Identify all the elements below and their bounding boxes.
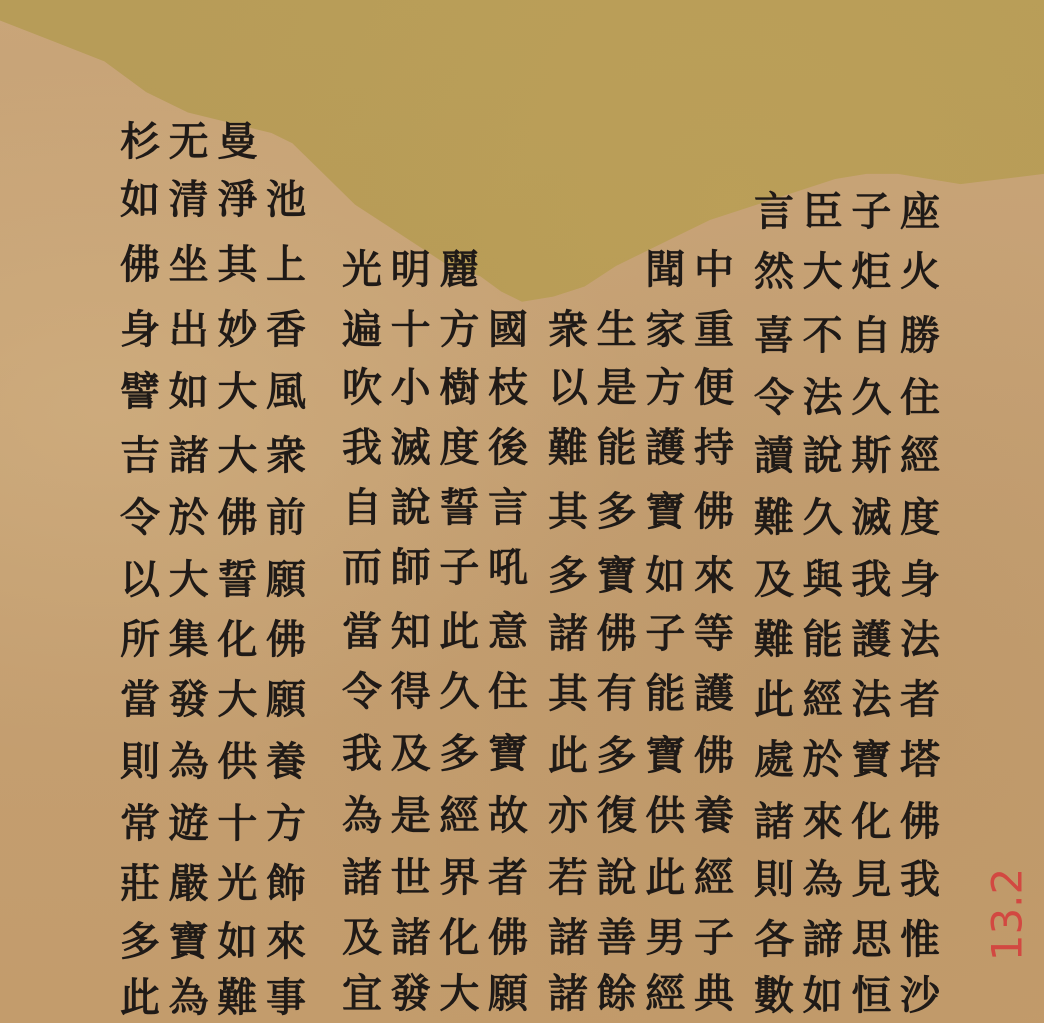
character: 清	[167, 180, 211, 220]
character: 經	[801, 680, 845, 720]
text-row: 佛坐其上	[118, 245, 308, 285]
character: 經	[643, 974, 687, 1014]
character: 多	[595, 736, 639, 776]
character: 衆	[546, 310, 590, 350]
character: 言	[486, 488, 530, 528]
character: 如	[167, 372, 211, 412]
character: 化	[437, 918, 481, 958]
text-row: 各諦思惟	[752, 920, 942, 960]
character: 則	[752, 860, 796, 900]
character: 便	[692, 368, 736, 408]
character: 譬	[118, 372, 162, 412]
character: 諸	[340, 858, 384, 898]
character: 數	[752, 976, 796, 1016]
character: 護	[849, 620, 893, 660]
character: 大	[215, 372, 259, 412]
character: 佛	[898, 802, 942, 842]
character: 為	[167, 978, 211, 1018]
character: 復	[595, 796, 639, 836]
text-row: 自說誓言	[340, 488, 530, 528]
character: 前	[264, 498, 308, 538]
character: 若	[546, 858, 590, 898]
character: 令	[752, 378, 796, 418]
character: 佛	[118, 245, 162, 285]
character: 及	[340, 918, 384, 958]
character: 化	[849, 802, 893, 842]
character	[264, 122, 308, 162]
text-row: 為是經故	[340, 796, 530, 836]
character: 發	[389, 974, 433, 1014]
character: 其	[546, 492, 590, 532]
character: 是	[595, 368, 639, 408]
text-row: 多寶如來	[118, 922, 308, 962]
text-row: 則為供養	[118, 742, 308, 782]
character: 塔	[898, 740, 942, 780]
character: 風	[264, 372, 308, 412]
character: 无	[167, 122, 211, 162]
character: 持	[692, 428, 736, 468]
text-row: 當發大願	[118, 680, 308, 720]
character: 讀	[752, 436, 796, 476]
character: 寶	[643, 736, 687, 776]
red-catalog-mark: 13.2	[982, 868, 1031, 962]
character: 遊	[167, 804, 211, 844]
character: 養	[264, 742, 308, 782]
character: 佛	[264, 620, 308, 660]
character: 自	[849, 316, 893, 356]
character: 炬	[849, 252, 893, 292]
character: 等	[692, 614, 736, 654]
character: 典	[692, 974, 736, 1014]
text-row: 諸佛子等	[546, 614, 736, 654]
character: 香	[264, 310, 308, 350]
character: 莊	[118, 864, 162, 904]
character: 惟	[898, 920, 942, 960]
character: 住	[898, 378, 942, 418]
character: 如	[643, 556, 687, 596]
character: 佛	[692, 492, 736, 532]
text-row: 遍十方國	[340, 310, 530, 350]
character: 此	[643, 858, 687, 898]
character: 方	[437, 310, 481, 350]
character: 我	[340, 734, 384, 774]
text-row: 令於佛前	[118, 498, 308, 538]
character: 然	[752, 252, 796, 292]
text-row: 以是方便	[546, 368, 736, 408]
character: 於	[801, 740, 845, 780]
character: 來	[692, 556, 736, 596]
character: 麗	[437, 250, 481, 290]
character: 說	[595, 858, 639, 898]
character: 勝	[898, 316, 942, 356]
character: 住	[486, 672, 530, 712]
character: 所	[118, 620, 162, 660]
character: 寶	[595, 556, 639, 596]
character: 與	[801, 560, 845, 600]
character: 座	[898, 192, 942, 232]
character: 當	[340, 612, 384, 652]
character: 妙	[215, 310, 259, 350]
text-row: 譬如大風	[118, 372, 308, 412]
character: 誓	[215, 560, 259, 600]
character: 寶	[486, 734, 530, 774]
character: 出	[167, 310, 211, 350]
text-row: 此經法者	[752, 680, 942, 720]
character: 難	[752, 620, 796, 660]
character: 光	[340, 250, 384, 290]
character: 諸	[167, 436, 211, 476]
character: 來	[264, 922, 308, 962]
text-row: 而師子吼	[340, 548, 530, 588]
text-row: 言臣子座	[752, 192, 942, 232]
character: 亦	[546, 796, 590, 836]
text-row: 令得久住	[340, 672, 530, 712]
character: 經	[692, 858, 736, 898]
text-row: 則為見我	[752, 860, 942, 900]
character: 明	[389, 250, 433, 290]
character: 子	[437, 548, 481, 588]
character: 十	[215, 804, 259, 844]
character: 身	[118, 310, 162, 350]
character: 法	[801, 378, 845, 418]
text-row: 此多寶佛	[546, 736, 736, 776]
character: 度	[437, 428, 481, 468]
character: 久	[849, 378, 893, 418]
character: 吹	[340, 368, 384, 408]
character: 方	[264, 804, 308, 844]
character: 及	[389, 734, 433, 774]
text-row: 吹小樹枝	[340, 368, 530, 408]
character: 臣	[801, 192, 845, 232]
character: 此	[752, 680, 796, 720]
character: 思	[849, 920, 893, 960]
character: 其	[215, 245, 259, 285]
character: 發	[167, 680, 211, 720]
text-row: 然大炬火	[752, 252, 942, 292]
character: 曼	[215, 122, 259, 162]
character: 佛	[486, 918, 530, 958]
character: 來	[801, 802, 845, 842]
character: 是	[389, 796, 433, 836]
character: 如	[215, 922, 259, 962]
character: 願	[486, 974, 530, 1014]
character: 如	[801, 976, 845, 1016]
text-row: 其有能護	[546, 674, 736, 714]
character	[546, 250, 590, 290]
character: 多	[546, 556, 590, 596]
character: 者	[486, 858, 530, 898]
character: 誓	[437, 488, 481, 528]
character: 寶	[643, 492, 687, 532]
text-row: 所集化佛	[118, 620, 308, 660]
character: 久	[801, 498, 845, 538]
character: 諦	[801, 920, 845, 960]
character: 嚴	[167, 864, 211, 904]
character: 中	[692, 250, 736, 290]
character: 子	[692, 918, 736, 958]
character: 子	[849, 192, 893, 232]
character: 斯	[849, 436, 893, 476]
text-row: 宜發大願	[340, 974, 530, 1014]
text-row: 衆生家重	[546, 310, 736, 350]
character: 吉	[118, 436, 162, 476]
character: 集	[167, 620, 211, 660]
text-row: 若說此經	[546, 858, 736, 898]
text-row: 難能護持	[546, 428, 736, 468]
character: 後	[486, 428, 530, 468]
character: 處	[752, 740, 796, 780]
text-row: 此為難事	[118, 978, 308, 1018]
character: 子	[643, 614, 687, 654]
character: 此	[118, 978, 162, 1018]
character: 多	[595, 492, 639, 532]
character: 淨	[215, 180, 259, 220]
character: 知	[389, 612, 433, 652]
text-row: 莊嚴光飾	[118, 864, 308, 904]
text-row: 諸世界者	[340, 858, 530, 898]
character: 法	[849, 680, 893, 720]
character: 得	[389, 672, 433, 712]
character: 衆	[264, 436, 308, 476]
character: 大	[215, 680, 259, 720]
character: 以	[118, 560, 162, 600]
text-row: 常遊十方	[118, 804, 308, 844]
character: 遍	[340, 310, 384, 350]
text-row: 諸餘經典	[546, 974, 736, 1014]
character: 善	[595, 918, 639, 958]
character: 樹	[437, 368, 481, 408]
text-row: 以大誓願	[118, 560, 308, 600]
character: 恒	[849, 976, 893, 1016]
character: 難	[752, 498, 796, 538]
character: 家	[643, 310, 687, 350]
text-row: 數如恒沙	[752, 976, 942, 1016]
character: 光	[215, 864, 259, 904]
character: 及	[752, 560, 796, 600]
character: 佛	[215, 498, 259, 538]
character: 能	[801, 620, 845, 660]
text-row: 我及多寶	[340, 734, 530, 774]
character	[595, 250, 639, 290]
character: 經	[898, 436, 942, 476]
character: 自	[340, 488, 384, 528]
text-row: 如清淨池	[118, 180, 308, 220]
text-row: 諸善男子	[546, 918, 736, 958]
text-row: 當知此意	[340, 612, 530, 652]
character: 沙	[898, 976, 942, 1016]
character: 枝	[486, 368, 530, 408]
character	[486, 250, 530, 290]
character: 各	[752, 920, 796, 960]
character: 難	[546, 428, 590, 468]
character: 則	[118, 742, 162, 782]
character: 供	[215, 742, 259, 782]
character: 多	[437, 734, 481, 774]
text-row: 令法久住	[752, 378, 942, 418]
character: 吼	[486, 548, 530, 588]
character: 養	[692, 796, 736, 836]
character: 事	[264, 978, 308, 1018]
character: 宜	[340, 974, 384, 1014]
character: 護	[692, 674, 736, 714]
character: 大	[437, 974, 481, 1014]
character: 大	[167, 560, 211, 600]
character: 多	[118, 922, 162, 962]
character: 為	[340, 796, 384, 836]
character: 上	[264, 245, 308, 285]
character: 見	[849, 860, 893, 900]
text-row: 喜不自勝	[752, 316, 942, 356]
character: 小	[389, 368, 433, 408]
text-row: 難久滅度	[752, 498, 942, 538]
character: 久	[437, 672, 481, 712]
character: 界	[437, 858, 481, 898]
character: 杉	[118, 122, 162, 162]
character: 護	[643, 428, 687, 468]
character: 者	[898, 680, 942, 720]
character: 能	[643, 674, 687, 714]
character: 令	[118, 498, 162, 538]
character: 經	[437, 796, 481, 836]
character: 於	[167, 498, 211, 538]
character: 當	[118, 680, 162, 720]
character: 我	[898, 860, 942, 900]
character: 方	[643, 368, 687, 408]
character: 供	[643, 796, 687, 836]
character: 意	[486, 612, 530, 652]
character: 身	[898, 560, 942, 600]
character: 聞	[643, 250, 687, 290]
text-row: 讀說斯經	[752, 436, 942, 476]
character: 為	[167, 742, 211, 782]
character: 坐	[167, 245, 211, 285]
character: 為	[801, 860, 845, 900]
text-row: 諸來化佛	[752, 802, 942, 842]
character: 十	[389, 310, 433, 350]
character: 滅	[389, 428, 433, 468]
text-row: 聞中	[546, 250, 736, 290]
text-row: 及與我身	[752, 560, 942, 600]
character: 諸	[546, 918, 590, 958]
text-row: 杉无曼	[118, 122, 308, 162]
text-row: 其多寶佛	[546, 492, 736, 532]
character: 願	[264, 680, 308, 720]
character: 我	[340, 428, 384, 468]
text-row: 身出妙香	[118, 310, 308, 350]
text-row: 亦復供養	[546, 796, 736, 836]
character: 諸	[389, 918, 433, 958]
character: 餘	[595, 974, 639, 1014]
character: 有	[595, 674, 639, 714]
character: 能	[595, 428, 639, 468]
character: 願	[264, 560, 308, 600]
character: 如	[118, 180, 162, 220]
character: 國	[486, 310, 530, 350]
character: 說	[801, 436, 845, 476]
character: 言	[752, 192, 796, 232]
character: 飾	[264, 864, 308, 904]
character: 難	[215, 978, 259, 1018]
character: 重	[692, 310, 736, 350]
text-row: 及諸化佛	[340, 918, 530, 958]
character: 師	[389, 548, 433, 588]
character: 世	[389, 858, 433, 898]
character: 佛	[595, 614, 639, 654]
text-row: 處於寶塔	[752, 740, 942, 780]
character: 我	[849, 560, 893, 600]
text-row: 我滅度後	[340, 428, 530, 468]
character: 其	[546, 674, 590, 714]
character: 諸	[752, 802, 796, 842]
text-row: 難能護法	[752, 620, 942, 660]
character: 生	[595, 310, 639, 350]
character: 法	[898, 620, 942, 660]
text-row: 多寶如來	[546, 556, 736, 596]
text-row: 吉諸大衆	[118, 436, 308, 476]
character: 此	[546, 736, 590, 776]
character: 諸	[546, 974, 590, 1014]
character: 令	[340, 672, 384, 712]
character: 此	[437, 612, 481, 652]
character: 諸	[546, 614, 590, 654]
character: 而	[340, 548, 384, 588]
text-row: 光明麗	[340, 250, 530, 290]
character: 常	[118, 804, 162, 844]
character: 大	[215, 436, 259, 476]
character: 寶	[167, 922, 211, 962]
character: 不	[801, 316, 845, 356]
character: 化	[215, 620, 259, 660]
character: 大	[801, 252, 845, 292]
character: 佛	[692, 736, 736, 776]
character: 寶	[849, 740, 893, 780]
character: 故	[486, 796, 530, 836]
character: 池	[264, 180, 308, 220]
character: 滅	[849, 498, 893, 538]
character: 度	[898, 498, 942, 538]
character: 男	[643, 918, 687, 958]
character: 喜	[752, 316, 796, 356]
character: 以	[546, 368, 590, 408]
character: 說	[389, 488, 433, 528]
character: 火	[898, 252, 942, 292]
